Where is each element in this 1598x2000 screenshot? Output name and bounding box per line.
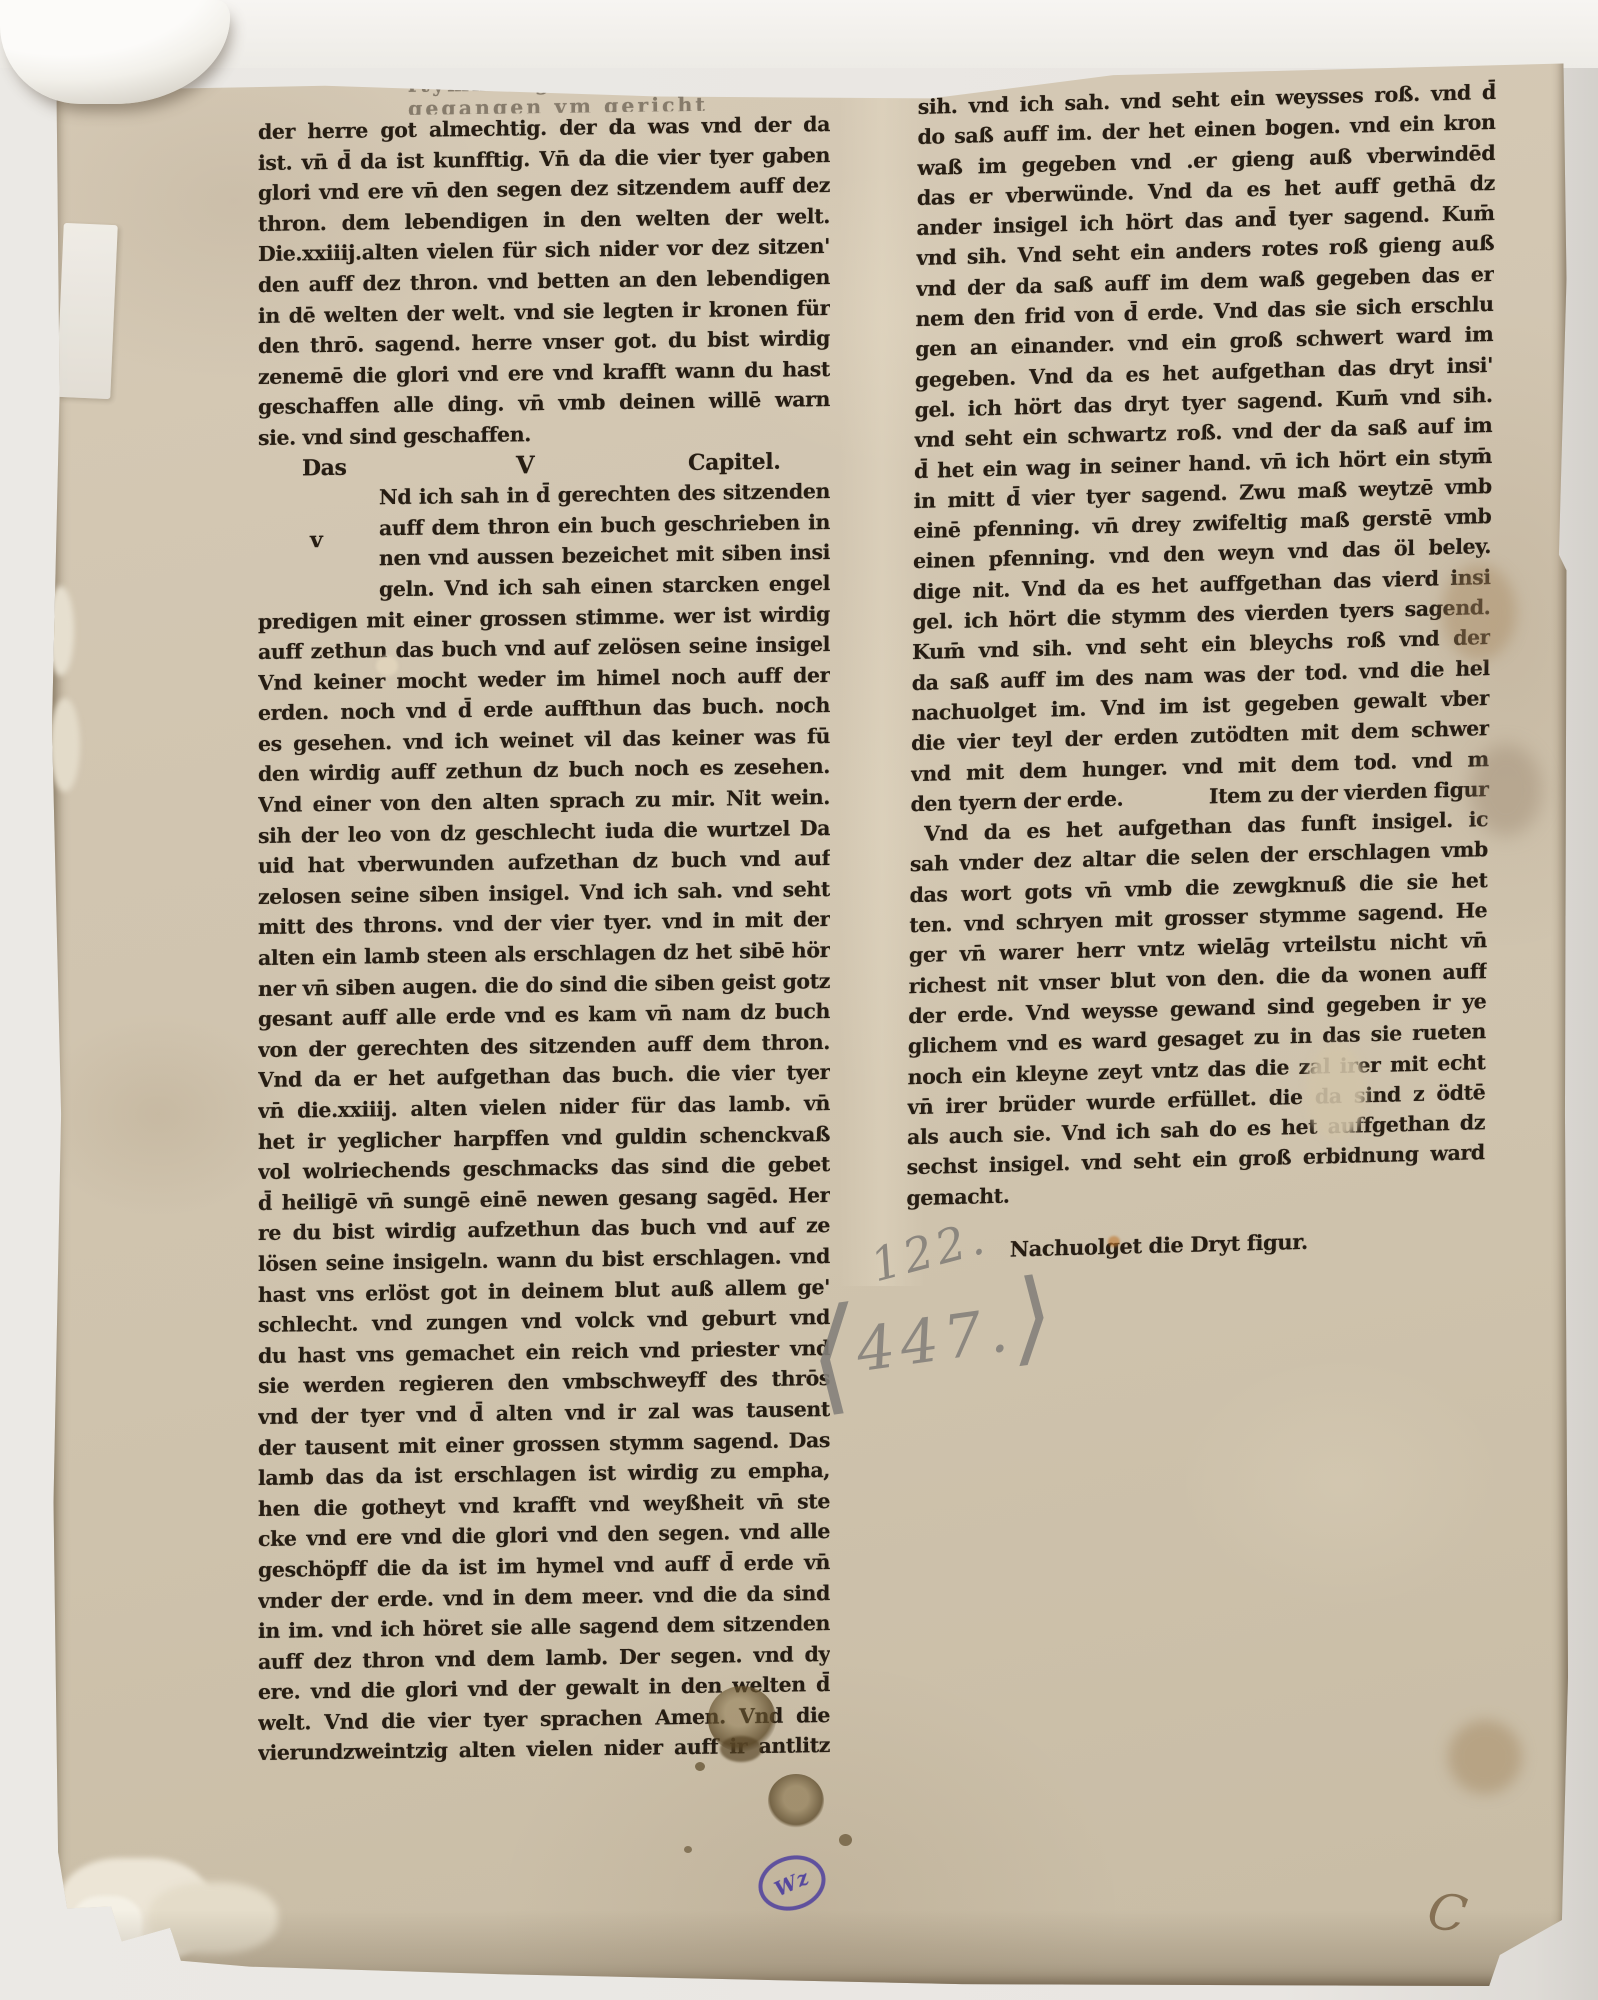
bottom-edge-shadow — [52, 1910, 1568, 1988]
text-line: vierundzweintzig alten vielen nider auff… — [258, 1730, 830, 1769]
initial-indent-block: v Nd ich sah in d̄ gerechten des sitzend… — [258, 476, 830, 606]
backing-sheet — [0, 0, 1598, 68]
edge-stain — [1448, 1720, 1522, 1794]
left-column-block-c: predigen mit einer grossen stimme. wer i… — [258, 599, 830, 1770]
right-text-column: sih. vnd ich sah. vnd seht ein weysses r… — [906, 77, 1496, 1268]
edge-chip — [50, 698, 80, 792]
pencil-number-447: ⟨ 447. ⟩ — [801, 1265, 1062, 1416]
library-stamp: Wz — [752, 1848, 832, 1919]
ink-splatter-dot — [684, 1846, 692, 1853]
ink-shelfmark: H 1060. — [127, 1904, 251, 1941]
scan-backdrop: { "page": { "kind": "printed incunable l… — [0, 0, 1598, 2000]
pencil-number-447-digits: 447. — [852, 1295, 1018, 1386]
library-stamp-monogram: Wz — [771, 1865, 813, 1901]
ink-splatter-dot — [695, 1762, 705, 1771]
initial-guide-letter: v — [310, 527, 322, 553]
left-column-block-b: Nd ich sah in d̄ gerechten des sitzenden… — [258, 476, 830, 606]
left-text-column: ſtymm ſagend zu ym gegangen ym gericht d… — [258, 82, 830, 1769]
right-column-block-b: Vnd da es het aufgethan das funft insige… — [907, 804, 1489, 1183]
left-column-block-a: der herre got almechtig. der da was vnd … — [258, 109, 830, 423]
edge-chip — [48, 586, 74, 676]
ink-corner-letter: C — [1423, 1881, 1471, 1945]
scanned-leaf: ſtymm ſagend zu ym gegangen ym gericht d… — [52, 46, 1568, 1988]
repair-tape-strip — [56, 223, 118, 399]
chapter-heading-capitel: Capitel. — [688, 446, 780, 478]
chapter-heading-numeral: V — [516, 450, 534, 481]
right-column-block-a: sih. vnd ich sah. vnd seht ein weysses r… — [911, 77, 1496, 789]
ink-splatter-dot — [839, 1834, 852, 1846]
ink-blot-small — [768, 1774, 824, 1828]
chapter-heading-das: Das — [302, 452, 347, 483]
